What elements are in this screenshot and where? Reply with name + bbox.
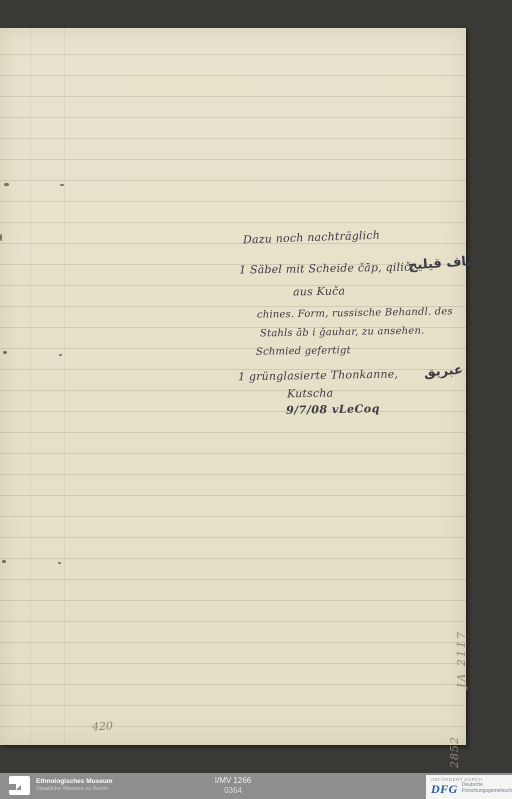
handwriting-line: 1 grünglasierte Thonkanne, xyxy=(238,368,398,384)
ink-speck xyxy=(3,351,7,354)
pencil-number-420: 420 xyxy=(92,719,114,733)
scanned-page: Dazu noch nachträglich1 Säbel mit Scheid… xyxy=(0,28,466,745)
handwriting-line: chines. Form, russische Behandl. des xyxy=(257,306,453,320)
page-fold-line xyxy=(64,28,65,745)
ruled-line xyxy=(0,579,466,580)
handwriting-line: Schmied gefertigt xyxy=(256,345,351,358)
ink-speck xyxy=(2,560,6,563)
handwriting-line: Stahls āb i ǧauhar, zu ansehen. xyxy=(260,326,425,340)
ruled-line xyxy=(0,285,466,286)
ruled-line xyxy=(0,117,466,118)
ink-speck xyxy=(59,354,62,356)
handwriting-line: aus Kuča xyxy=(293,285,345,299)
ruled-line xyxy=(0,96,466,97)
ink-speck xyxy=(58,562,61,564)
ink-speck xyxy=(0,234,2,241)
ink-speck xyxy=(4,183,9,186)
ruled-line xyxy=(0,201,466,202)
ruled-line xyxy=(0,243,466,244)
ruled-line xyxy=(0,348,466,349)
ruled-line xyxy=(0,663,466,664)
ruled-line xyxy=(0,159,466,160)
footer-bar: Ethnologisches Museum Staatliche Museen … xyxy=(0,773,512,799)
handwriting-line: عبريق xyxy=(424,363,464,381)
inventory-number: I/MV 1266 xyxy=(0,776,466,786)
ruled-line xyxy=(0,75,466,76)
pencil-margin-number-vertical: JA 2117 xyxy=(455,630,468,688)
ruled-line xyxy=(0,411,466,412)
ruled-line xyxy=(0,705,466,706)
ruled-line xyxy=(0,474,466,475)
ruled-line xyxy=(0,516,466,517)
ruled-line xyxy=(0,222,466,223)
handwriting-line: 9/7/08 vLeCoq xyxy=(286,402,380,417)
handwriting-line: شاف قيليج xyxy=(408,254,480,274)
ruled-line xyxy=(0,621,466,622)
ink-speck xyxy=(60,184,64,186)
ruled-line xyxy=(0,684,466,685)
ruled-line xyxy=(0,726,466,727)
ruled-line xyxy=(0,390,466,391)
inventory-block: I/MV 1266 0364 xyxy=(0,776,466,796)
ruled-line xyxy=(0,495,466,496)
ruled-line xyxy=(0,537,466,538)
handwriting-line: Kutscha xyxy=(287,387,334,401)
measurement-ruler: cm 1234567891011121314151617181920212223… xyxy=(490,0,512,799)
ruled-line xyxy=(0,558,466,559)
page-fold-line xyxy=(30,28,31,745)
ruled-line xyxy=(0,138,466,139)
ruled-line xyxy=(0,642,466,643)
handwriting-line: 1 Säbel mit Scheide čāp, qilič, xyxy=(239,260,414,276)
ruled-line xyxy=(0,600,466,601)
scan-viewer: Dazu noch nachträglich1 Säbel mit Scheid… xyxy=(0,0,512,799)
dfg-abbrev: DFG xyxy=(431,783,458,795)
ruled-line xyxy=(0,432,466,433)
scan-page-number: 0364 xyxy=(0,786,466,796)
ruled-line xyxy=(0,54,466,55)
pencil-corner-number-vertical: 2852 xyxy=(448,736,461,768)
ruled-line xyxy=(0,180,466,181)
ruled-line xyxy=(0,453,466,454)
